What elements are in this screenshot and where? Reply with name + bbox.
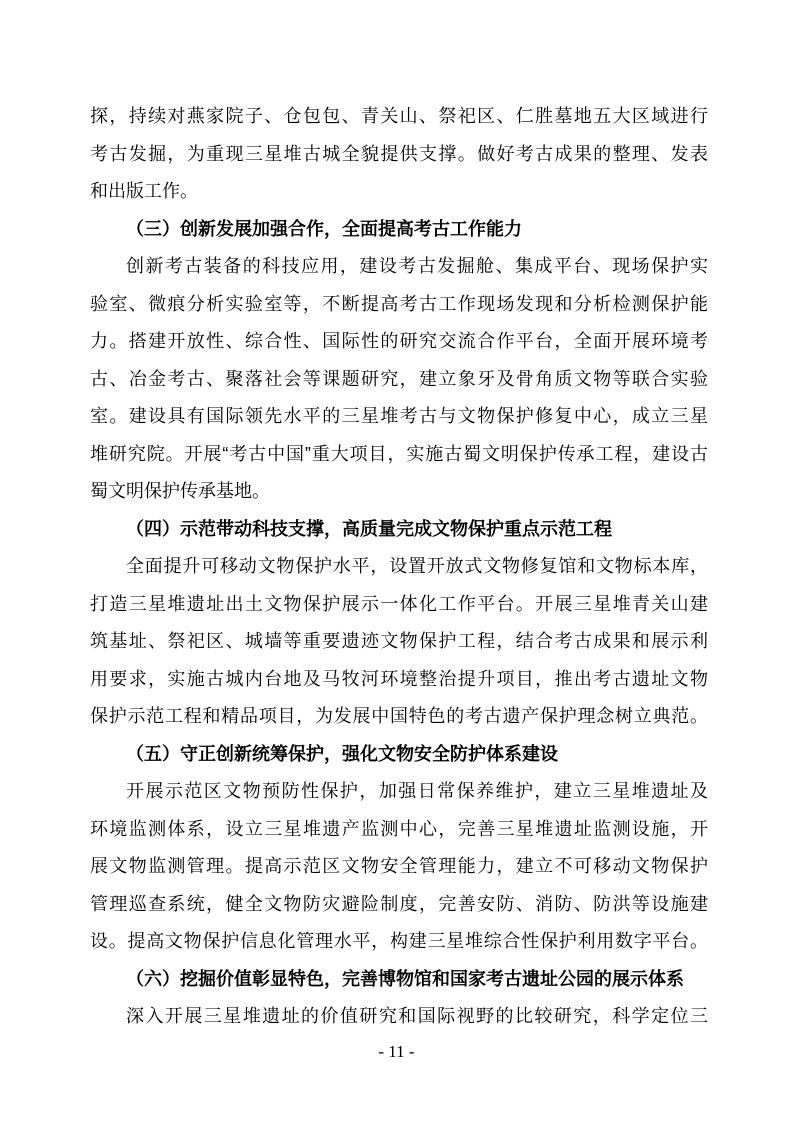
text-line: 验室、微痕分析实验室等，不断提高考古工作现场发现和分析检测保护能	[90, 286, 708, 324]
text-line: 展文物监测管理。提高示范区文物安全管理能力，建立不可移动文物保护	[90, 848, 708, 886]
text-line: 保护示范工程和精品项目，为发展中国特色的考古遗产保护理念树立典范。	[90, 698, 708, 736]
text-line: 深入开展三星堆遗址的价值研究和国际视野的比较研究，科学定位三	[90, 998, 708, 1036]
section-heading: （四）示范带动科技支撑，高质量完成文物保护重点示范工程	[90, 511, 708, 549]
text-line: 筑基址、祭祀区、城墙等重要遗迹文物保护工程，结合考古成果和展示利	[90, 623, 708, 661]
text-line: 堆研究院。开展“考古中国”重大项目，实施古蜀文明保护传承工程，建设古	[90, 436, 708, 474]
text-line: 用要求，实施古城内台地及马牧河环境整治提升项目，推出考古遗址文物	[90, 661, 708, 699]
text-line: 开展示范区文物预防性保护，加强日常保养维护，建立三星堆遗址及	[90, 773, 708, 811]
text-line: 力。搭建开放性、综合性、国际性的研究交流合作平台，全面开展环境考	[90, 323, 708, 361]
text-line: 探，持续对燕家院子、仓包包、青关山、祭祀区、仁胜墓地五大区域进行	[90, 98, 708, 136]
text-line: 蜀文明保护传承基地。	[90, 473, 708, 511]
text-line: 和出版工作。	[90, 173, 708, 211]
section-heading: （三）创新发展加强合作，全面提高考古工作能力	[90, 211, 708, 249]
text-line: 古、冶金考古、聚落社会等课题研究，建立象牙及骨角质文物等联合实验	[90, 361, 708, 399]
text-line: 设。提高文物保护信息化管理水平，构建三星堆综合性保护利用数字平台。	[90, 923, 708, 961]
text-line: 环境监测体系，设立三星堆遗产监测中心，完善三星堆遗址监测设施，开	[90, 811, 708, 849]
document-page: 探，持续对燕家院子、仓包包、青关山、祭祀区、仁胜墓地五大区域进行 考古发掘，为重…	[0, 0, 793, 1122]
text-line: 管理巡查系统，健全文物防灾避险制度，完善安防、消防、防洪等设施建	[90, 886, 708, 924]
text-line: 全面提升可移动文物保护水平，设置开放式文物修复馆和文物标本库，	[90, 548, 708, 586]
document-text-block: 探，持续对燕家院子、仓包包、青关山、祭祀区、仁胜墓地五大区域进行 考古发掘，为重…	[90, 98, 708, 1036]
text-line: 创新考古装备的科技应用，建设考古发掘舱、集成平台、现场保护实	[90, 248, 708, 286]
page-number: - 11 -	[0, 1042, 793, 1062]
section-heading: （六）挖掘价值彰显特色，完善博物馆和国家考古遗址公园的展示体系	[90, 961, 708, 999]
text-line: 考古发掘，为重现三星堆古城全貌提供支撑。做好考古成果的整理、发表	[90, 136, 708, 174]
text-line: 室。建设具有国际领先水平的三星堆考古与文物保护修复中心，成立三星	[90, 398, 708, 436]
section-heading: （五）守正创新统筹保护，强化文物安全防护体系建设	[90, 736, 708, 774]
text-line: 打造三星堆遗址出土文物保护展示一体化工作平台。开展三星堆青关山建	[90, 586, 708, 624]
